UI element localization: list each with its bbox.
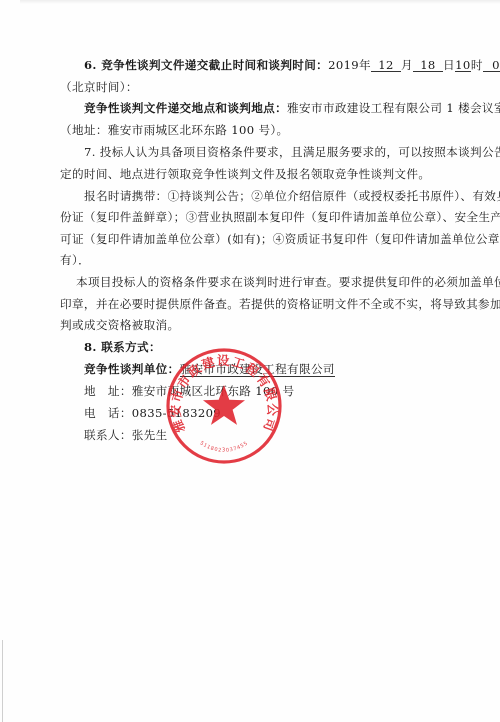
deadline-year: 2019: [328, 58, 359, 72]
contact-value: 张先生: [132, 428, 168, 442]
bring-items-line2: 份证（复印件盖鲜章）；③营业执照副本复印件（复印件请加盖单位公章）、安全生产许: [60, 210, 452, 224]
scan-top-edge: [20, 0, 500, 4]
section8-heading: 8. 联系方式：: [84, 340, 452, 354]
year-unit: 年: [359, 58, 371, 72]
location-label: 竞争性谈判文件递交地点和谈判地点：: [84, 101, 287, 115]
hour-unit: 时: [471, 58, 483, 72]
section7-line1: 7. 投标人认为具备项目资格条件要求，且满足服务要求的，可以按照本谈判公告规: [84, 145, 452, 159]
contact-unit-line: 竞争性谈判单位：雅安市市政建设工程有限公司: [84, 362, 452, 376]
deadline-day: 18: [413, 59, 443, 72]
deadline-minute: 00: [483, 59, 500, 72]
bring-items-line3: 可证（复印件请加盖单位公章）(如有)；④资质证书复印件（复印件请加盖单位公章）(…: [60, 232, 452, 246]
unit-label: 竞争性谈判单位：: [84, 362, 180, 376]
unit-value: 雅安市市政建设工程有限公司: [180, 362, 335, 377]
review-line2: 印章，并在必要时提供原件备查。若提供的资格证明文件不全或不实，将导致其参加谈: [60, 297, 452, 311]
review-line3: 判或成交资格被取消。: [60, 318, 452, 332]
day-unit: 日: [443, 58, 455, 72]
section6-heading: 6. 竞争性谈判文件递交截止时间和谈判时间：: [84, 58, 328, 72]
location-value: 雅安市市政建设工程有限公司 1 楼会议室: [287, 101, 500, 115]
deadline-hour: 10: [455, 59, 471, 72]
phone-label: 电 话：: [84, 406, 132, 420]
location-line: 竞争性谈判文件递交地点和谈判地点：雅安市市政建设工程有限公司 1 楼会议室: [84, 101, 452, 115]
contact-address-line: 地 址：雅安市雨城区北环东路 100 号: [84, 384, 452, 398]
document-page: 6. 竞争性谈判文件递交截止时间和谈判时间：2019年12月18日10时00分 …: [0, 0, 500, 722]
timezone-note: （北京时间）：: [60, 80, 452, 94]
section6-deadline-line: 6. 竞争性谈判文件递交截止时间和谈判时间：2019年12月18日10时00分: [84, 58, 452, 72]
contact-phone-line: 电 话：0835-5183209: [84, 406, 452, 420]
location-address: （地址：雅安市雨城区北环东路 100 号）。: [60, 123, 452, 137]
contact-label: 联系人：: [84, 428, 132, 442]
contact-person-line: 联系人：张先生: [84, 428, 452, 442]
bring-items-line4: 有）．: [60, 253, 452, 267]
deadline-month: 12: [371, 59, 401, 72]
phone-value: 0835-5183209: [132, 406, 221, 420]
section7-line2: 定的时间、地点进行领取竞争性谈判文件及报名领取竞争性谈判文件。: [60, 167, 452, 181]
scan-left-edge: [2, 640, 3, 722]
seal-serial: 5118023037455: [199, 440, 250, 453]
address-label: 地 址：: [84, 384, 132, 398]
review-line1: 本项目投标人的资格条件要求在谈判时进行审查。要求提供复印件的必须加盖单位: [76, 275, 452, 289]
address-value: 雅安市雨城区北环东路 100 号: [132, 384, 295, 398]
month-unit: 月: [401, 58, 413, 72]
bring-items-line1: 报名时请携带：①持谈判公告；②单位介绍信原件（或授权委托书原件）、有效身: [84, 189, 452, 203]
